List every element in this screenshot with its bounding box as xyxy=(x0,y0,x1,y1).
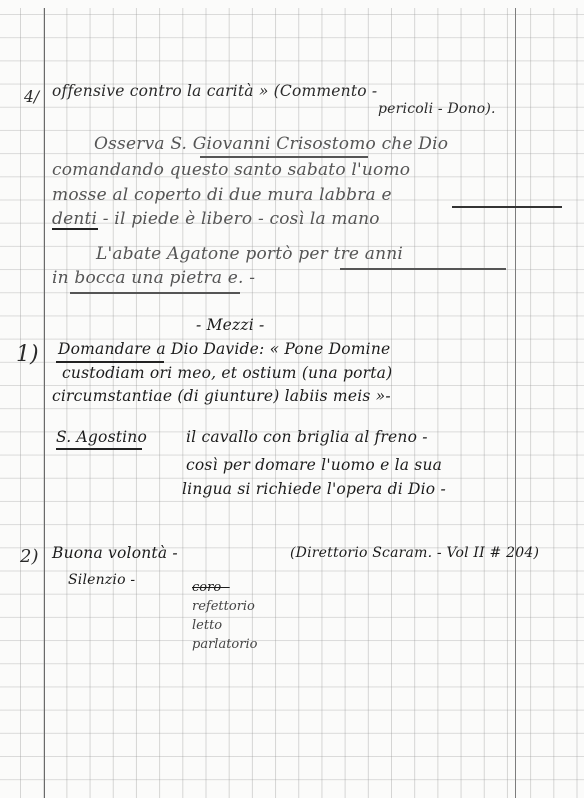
agostino-label: S. Agostino xyxy=(56,430,147,446)
notebook-page: 4/ offensive contro la carità » (Comment… xyxy=(0,0,584,798)
item-reference: (Direttorio Scaram. - Vol II # 204) xyxy=(290,546,539,560)
underline-mark xyxy=(340,268,506,270)
item-title: Buona volontà - xyxy=(52,546,178,562)
section-heading: offensive contro la carità » (Commento - xyxy=(52,84,377,100)
left-margin-line xyxy=(44,8,45,798)
underline-mark xyxy=(200,156,368,158)
paragraph-line: denti - il piede è libero - così la mano xyxy=(52,211,380,228)
paragraph-line: mosse al coperto di due mura labbra e xyxy=(52,187,392,204)
section-number: 4/ xyxy=(24,88,39,106)
mezzi-title: - Mezzi - xyxy=(196,318,264,334)
agostino-line: il cavallo con briglia al freno - xyxy=(186,430,428,446)
item-line: custodiam ori meo, et ostium (una porta) xyxy=(62,366,392,382)
underline-mark xyxy=(70,292,240,294)
underline-mark xyxy=(452,206,562,208)
sub-item-list: coro - refettorio letto parlatorio xyxy=(192,578,257,654)
item-line: Domandare a Dio Davide: « Pone Domine xyxy=(58,342,390,358)
underline-mark xyxy=(56,361,164,363)
item-line: circumstantiae (di giunture) labiis meis… xyxy=(52,389,391,405)
item-number: 2) xyxy=(20,546,38,567)
paragraph-line: Osserva S. Giovanni Crisostomo che Dio xyxy=(94,136,448,153)
sub-item: coro - xyxy=(192,578,257,597)
item-number: 1) xyxy=(16,342,39,367)
paragraph-line: comandando questo santo sabato l'uomo xyxy=(52,162,410,179)
section-heading-continued: pericoli - Dono). xyxy=(378,102,496,116)
underline-mark xyxy=(56,448,142,450)
sub-label: Silenzio - xyxy=(68,573,135,587)
sub-item: refettorio xyxy=(192,597,257,616)
paragraph-line: in bocca una pietra e. - xyxy=(52,270,255,287)
underline-mark xyxy=(52,228,98,230)
agostino-line: così per domare l'uomo e la sua xyxy=(186,458,442,474)
right-margin-line xyxy=(515,8,516,798)
paragraph-line: L'abate Agatone portò per tre anni xyxy=(96,246,403,263)
agostino-line: lingua si richiede l'opera di Dio - xyxy=(182,482,446,498)
sub-item: letto xyxy=(192,616,257,635)
sub-item: parlatorio xyxy=(192,635,257,654)
